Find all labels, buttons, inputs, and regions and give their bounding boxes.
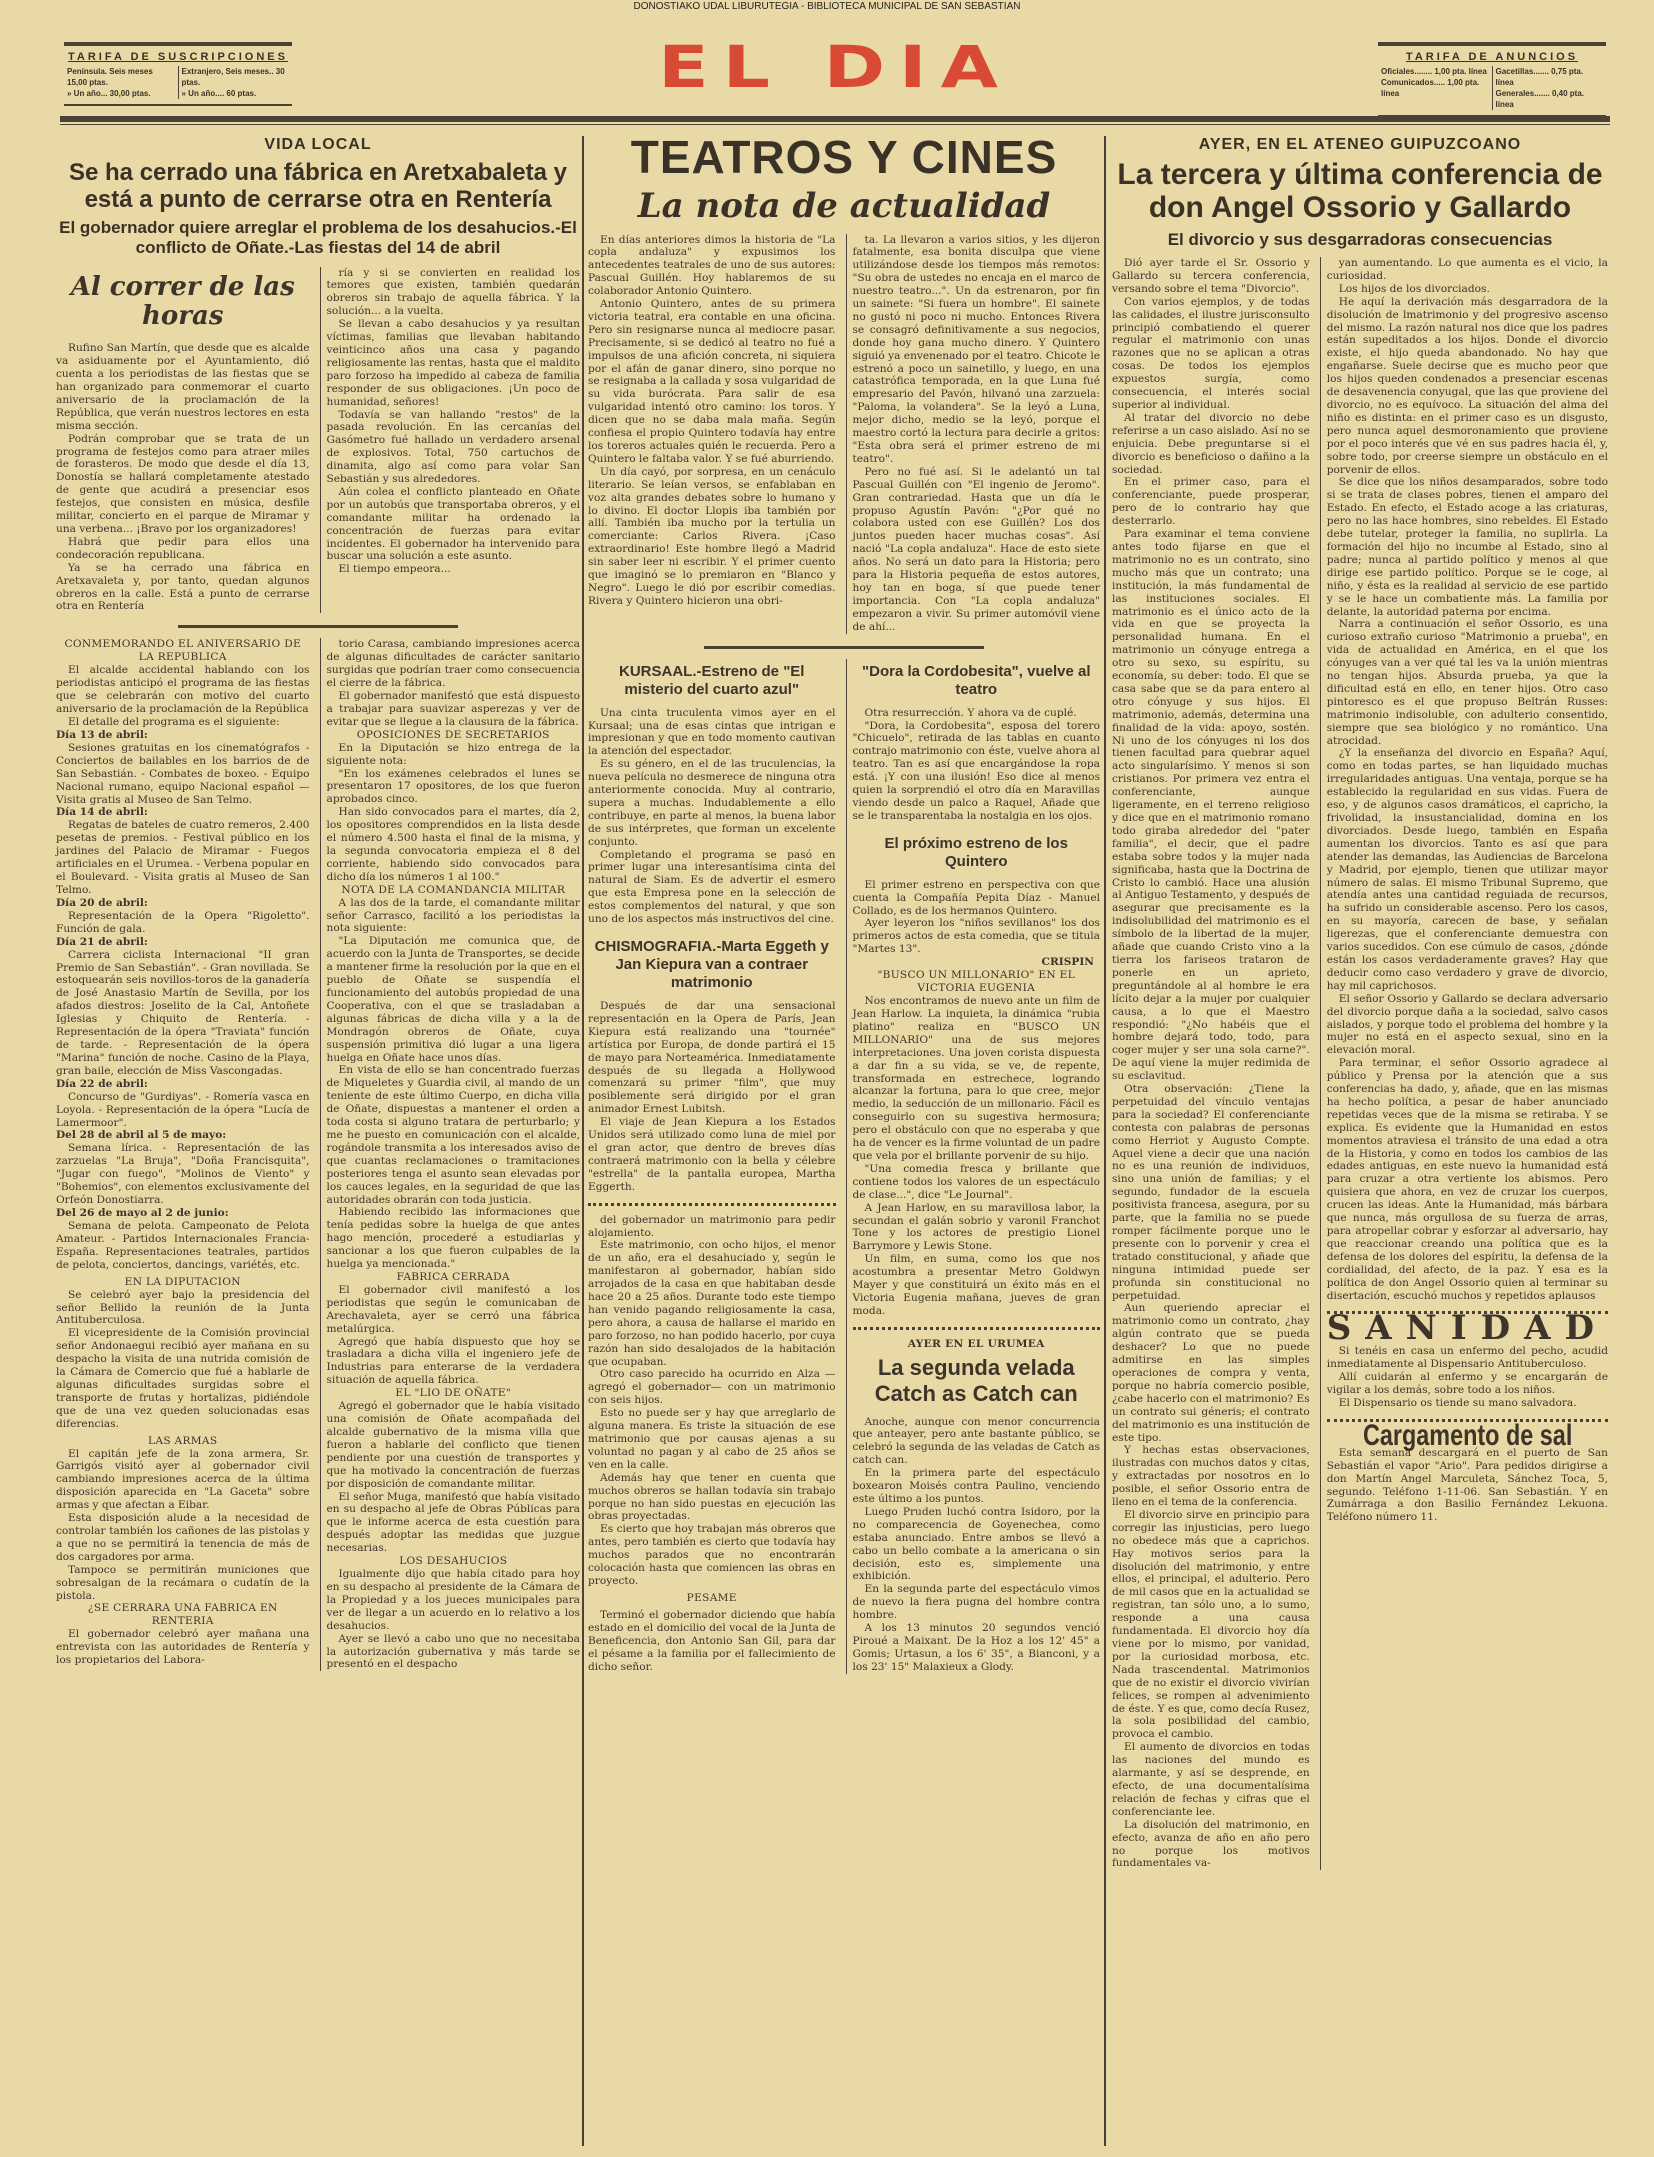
column-title: Al correr de las horas [56, 273, 310, 333]
paragraph: En la Diputación se hizo entrega de la s… [327, 742, 581, 768]
paragraph: Otra observación: ¿Tiene la perpetuidad … [1112, 1083, 1310, 1302]
paragraph: Ya se ha cerrado una fábrica en Aretxava… [56, 562, 310, 614]
paragraph: Es cierto que hoy trabajan más obreros q… [588, 1523, 836, 1588]
article-subtitle: EL "LIO DE OÑATE" [327, 1387, 581, 1400]
article-subtitle: NOTA DE LA COMANDANCIA MILITAR [327, 884, 581, 897]
paragraph: "Dora, la Cordobesita", esposa del torer… [853, 720, 1101, 823]
library-banner: DONOSTIAKO UDAL LIBURUTEGIA - BIBLIOTECA… [0, 1, 1654, 12]
paragraph: Aun queriendo apreciar el matrimonio com… [1112, 1302, 1310, 1444]
paragraph: Para examinar el tema conviene antes tod… [1112, 528, 1310, 1083]
section-kicker: VIDA LOCAL [56, 136, 580, 154]
paragraph: El primer estreno en perspectiva con que… [853, 879, 1101, 918]
article-subtitle: OPOSICIONES DE SECRETARIOS [327, 729, 581, 742]
paragraph: Completando el programa se pasó en prime… [588, 849, 836, 926]
rate-line: Extranjero, Seis meses.. 30 ptas. [182, 66, 290, 88]
day-label: Del 26 de mayo al 2 de junio: [56, 1207, 310, 1220]
rate-line: Gacetillas....... 0,75 pta. línea [1496, 66, 1604, 88]
ad-rates-box: TARIFA DE ANUNCIOS Oficiales........ 1,0… [1378, 42, 1606, 117]
paragraph: Ayer se llevó a cabo uno que no necesita… [327, 1633, 581, 1672]
paragraph: Allí cuidarán al enfermo y se encargarán… [1327, 1371, 1608, 1397]
article-title: CHISMOGRAFIA.-Marta Eggeth y Jan Kiepura… [588, 938, 836, 992]
kursaal-column: KURSAAL.-Estreno de "El misterio del cua… [588, 659, 836, 1674]
headline: La tercera y última conferencia de don A… [1112, 158, 1608, 224]
paragraph: Ayer leyeron los "niños sevillanos" los … [853, 917, 1101, 956]
paragraph: Después de dar una sensacional represent… [588, 1000, 836, 1116]
nota-actualidad-col2: ta. La llevaron a varios sitios, y les d… [846, 234, 1101, 634]
paragraph: El divorcio sirve en principio para corr… [1112, 1509, 1310, 1741]
paragraph: La disolución del matrimonio, en efecto,… [1112, 1819, 1310, 1871]
article-subtitle: ¿SE CERRARA UNA FABRICA EN RENTERIA [56, 1602, 310, 1628]
article-subtitle: LOS DESAHUCIOS [327, 1555, 581, 1568]
paragraph: Podrán comprobar que se trata de un prog… [56, 433, 310, 536]
paragraph: A Jean Harlow, en su maravillosa labor, … [853, 1202, 1101, 1254]
ateneo-section: AYER, EN EL ATENEO GUIPUZCOANO La tercer… [1108, 136, 1608, 1870]
paragraph: El viaje de Jean Kiepura a los Estados U… [588, 1116, 836, 1193]
paragraph: del gobernador un matrimonio para pedir … [588, 1214, 836, 1240]
paragraph: Esta disposición alude a la necesidad de… [56, 1512, 310, 1564]
masthead-rule [60, 124, 1610, 125]
paragraph: Un film, en suma, como los que nos acost… [853, 1253, 1101, 1318]
nota-actualidad-col1: En días anteriores dimos la historia de … [588, 234, 836, 634]
paragraph: ¿Y la enseñanza del divorcio en España? … [1327, 747, 1608, 992]
paragraph: Al tratar del divorcio no debe referirse… [1112, 412, 1310, 477]
sanidad-title: SANIDAD [1327, 1322, 1608, 1335]
paragraph: Regatas de bateles de cuatro remeros, 2.… [56, 819, 310, 896]
article-subtitle: PESAME [588, 1592, 836, 1605]
paragraph: Han sido convocados para el martes, día … [327, 806, 581, 883]
dora-column: "Dora la Cordobesita", vuelve al teatro … [846, 659, 1101, 1674]
vida-local-section: VIDA LOCAL Se ha cerrado una fábrica en … [56, 136, 580, 1671]
article-title: El próximo estreno de los Quintero [853, 835, 1101, 871]
paragraph: Pero no fué así. Si le adelantó un tal P… [853, 466, 1101, 634]
masthead-rule [60, 116, 1610, 122]
subheadline: El gobernador quiere arreglar el problem… [56, 218, 580, 259]
paragraph: ría y si se convierten en realidad los t… [327, 267, 581, 319]
paragraph: Dió ayer tarde el Sr. Ossorio y Gallardo… [1112, 257, 1310, 296]
paragraph: Habiendo recibido las informaciones que … [327, 1206, 581, 1271]
subheadline: El divorcio y sus desgarradoras consecue… [1112, 230, 1608, 249]
paragraph: Agregó el gobernador que le había visita… [327, 1400, 581, 1490]
cargamento-title: Cargamento de sal [1358, 1430, 1577, 1443]
newspaper-logo: EL DIA [620, 34, 1050, 101]
paragraph: En días anteriores dimos la historia de … [588, 234, 836, 299]
rate-line: » Un año.... 60 ptas. [182, 88, 290, 99]
article-title: La segunda velada Catch as Catch can [853, 1355, 1101, 1408]
paragraph: Agregó que había dispuesto que hoy se tr… [327, 1336, 581, 1388]
paragraph: Este matrimonio, con ocho hijos, el meno… [588, 1239, 836, 1368]
subscription-rates-box: TARIFA DE SUSCRIPCIONES Península. Seis … [64, 42, 292, 106]
rate-line: Comunicados..... 1,00 pta. línea [1381, 77, 1489, 99]
article-subtitle: LAS ARMAS [56, 1435, 310, 1448]
rate-line: Generales....... 0,40 pta. línea [1496, 88, 1604, 110]
paragraph: El gobernador civil manifestó a los peri… [327, 1284, 581, 1336]
paragraph: Con varios ejemplos, y de todas las cali… [1112, 296, 1310, 412]
al-correr-column: Al correr de las horas Rufino San Martín… [56, 267, 310, 614]
paragraph: Para terminar, el señor Ossorio agradece… [1327, 1057, 1608, 1302]
divider [704, 646, 984, 649]
paragraph: "En los exámenes celebrados el lunes se … [327, 768, 581, 807]
section-subtitle: La nota de actualidad [588, 186, 1100, 226]
paragraph: Una cinta truculenta vimos ayer en el Ku… [588, 707, 836, 759]
divider [588, 1202, 836, 1206]
article-subtitle: EN LA DIPUTACION [56, 1276, 310, 1289]
ad-rates-title: TARIFA DE ANUNCIOS [1378, 51, 1606, 63]
day-label: Día 20 de abril: [56, 897, 310, 910]
headline: Se ha cerrado una fábrica en Aretxabalet… [56, 160, 580, 214]
paragraph: Terminó el gobernador diciendo que había… [588, 1609, 836, 1674]
paragraph: Narra a continuación el señor Ossorio, e… [1327, 618, 1608, 747]
rate-line: Península. Seis meses 15,00 ptas. [67, 66, 175, 88]
gobierno-civil-article: torio Carasa, cambiando impresiones acer… [320, 638, 581, 1671]
paragraph: El señor Muga, manifestó que había visit… [327, 1491, 581, 1556]
paragraph: Antonio Quintero, antes de su primera vi… [588, 298, 836, 466]
paragraph: Si tenéis en casa un enfermo del pecho, … [1327, 1345, 1608, 1371]
paragraph: Esto no puede ser y hay que arreglarlo d… [588, 1407, 836, 1472]
paragraph: Se celebró ayer bajo la presidencia del … [56, 1289, 310, 1328]
paragraph: A las dos de la tarde, el comandante mil… [327, 897, 581, 936]
paragraph: torio Carasa, cambiando impresiones acer… [327, 638, 581, 690]
paragraph: Tampoco se permitirán municiones que sob… [56, 1564, 310, 1603]
aniversario-article: CONMEMORANDO EL ANIVERSARIO DE LA REPUBL… [56, 638, 310, 1671]
paragraph: Sesiones gratuitas en los cinematógrafos… [56, 742, 310, 807]
day-label: Día 13 de abril: [56, 729, 310, 742]
paragraph: Semana de pelota. Campeonato de Pelota A… [56, 1220, 310, 1272]
paragraph: El gobernador celebró ayer mañana una en… [56, 1628, 310, 1667]
divider [178, 625, 458, 628]
paragraph: Un día cayó, por sorpresa, en un cenácul… [588, 466, 836, 608]
paragraph: Esta semana descargará en el puerto de S… [1327, 1447, 1608, 1524]
paragraph: El alcalde accidental hablando con los p… [56, 664, 310, 716]
paragraph: El vicepresidente de la Comisión provinc… [56, 1327, 310, 1430]
paragraph: Todavía se van hallando "restos" de la p… [327, 409, 581, 486]
article-title: KURSAAL.-Estreno de "El misterio del cua… [588, 663, 836, 699]
paragraph: En la primera parte del espectáculo boxe… [853, 1467, 1101, 1506]
paragraph: Igualmente dijo que había citado para ho… [327, 1568, 581, 1633]
paragraph: Otra resurrección. Y ahora va de cuplé. [853, 707, 1101, 720]
rate-line: » Un año... 30,00 ptas. [67, 88, 175, 99]
rate-line: Oficiales........ 1,00 pta. línea [1381, 66, 1489, 77]
paragraph: Es su género, en el de las truculencias,… [588, 758, 836, 848]
subscription-rates-title: TARIFA DE SUSCRIPCIONES [64, 51, 292, 63]
byline: CRISPIN [853, 956, 1101, 969]
article-title: CONMEMORANDO EL ANIVERSARIO DE LA REPUBL… [56, 638, 310, 664]
article-title: "Dora la Cordobesita", vuelve al teatro [853, 663, 1101, 699]
paragraph: "La Diputación me comunica que, de acuer… [327, 935, 581, 1064]
section-kicker: AYER, EN EL ATENEO GUIPUZCOANO [1112, 136, 1608, 154]
paragraph: Nos encontramos de nuevo ante un film de… [853, 995, 1101, 1163]
paragraph: En la segunda parte del espectáculo vimo… [853, 1583, 1101, 1622]
paragraph: A los 13 minutos 20 segundos venció Piro… [853, 1622, 1101, 1674]
day-label: Día 14 de abril: [56, 806, 310, 819]
paragraph: El gobernador manifestó que está dispues… [327, 690, 581, 729]
paragraph: Semana lírica. - Representación de las z… [56, 1142, 310, 1207]
paragraph: Carrera ciclista Internacional "II gran … [56, 949, 310, 1078]
paragraph: Habrá que pedir para ellos una condecora… [56, 536, 310, 562]
paragraph: El capitán jefe de la zona armera, Sr. G… [56, 1448, 310, 1513]
day-label: Del 28 de abril al 5 de mayo: [56, 1129, 310, 1142]
paragraph: El aumento de divorcios en todas las nac… [1112, 1741, 1310, 1818]
paragraph: Concurso de "Gurdiyas". - Romería vasca … [56, 1091, 310, 1130]
section-title: TEATROS Y CINES [588, 132, 1100, 184]
divider [853, 1326, 1101, 1330]
paragraph: Además hay que tener en cuenta que mucho… [588, 1472, 836, 1524]
paragraph: Los hijos de los divorciados. [1327, 283, 1608, 296]
paragraph: "Una comedia fresca y brillante que cont… [853, 1163, 1101, 1202]
paragraph: En el primer caso, para el conferenciant… [1112, 476, 1310, 528]
article-subtitle: "BUSCO UN MILLONARIO" EN EL VICTORIA EUG… [853, 969, 1101, 995]
conferencia-col1: Dió ayer tarde el Sr. Ossorio y Gallardo… [1112, 257, 1310, 1870]
al-correr-column-cont: ría y si se convierten en realidad los t… [320, 267, 581, 614]
paragraph: Anoche, aunque con menor concurrencia qu… [853, 1416, 1101, 1468]
masthead: TARIFA DE SUSCRIPCIONES Península. Seis … [60, 30, 1610, 130]
paragraph: El tiempo empeora... [327, 563, 581, 576]
paragraph: Representación de la Opera "Rigoletto". … [56, 910, 310, 936]
paragraph: El Dispensario os tiende su mano salvado… [1327, 1397, 1608, 1410]
article-kicker: AYER EN EL URUMEA [853, 1338, 1101, 1351]
paragraph: En vista de ello se han concentrado fuer… [327, 1064, 581, 1206]
teatros-cines-section: TEATROS Y CINES La nota de actualidad En… [582, 136, 1106, 2146]
paragraph: Luego Pruden luchó contra Isidoro, por l… [853, 1506, 1101, 1583]
paragraph: Otro caso parecido ha ocurrido en Alza —… [588, 1368, 836, 1407]
paragraph: El señor Ossorio y Gallardo se declara a… [1327, 993, 1608, 1058]
paragraph: Aún colea el conflicto planteado en Oñat… [327, 486, 581, 563]
paragraph: Se dice que los niños desamparados, sobr… [1327, 476, 1608, 618]
paragraph: Se llevan a cabo desahucios y ya resulta… [327, 318, 581, 408]
paragraph: He aquí la derivación más desgarradora d… [1327, 296, 1608, 477]
day-label: Día 22 de abril: [56, 1078, 310, 1091]
article-subtitle: FABRICA CERRADA [327, 1271, 581, 1284]
day-label: Día 21 de abril: [56, 936, 310, 949]
conferencia-col2: yan aumentando. Lo que aumenta es el vic… [1320, 257, 1608, 1870]
paragraph: El detalle del programa es el siguiente: [56, 716, 310, 729]
paragraph: Rufino San Martín, que desde que es alca… [56, 342, 310, 432]
paragraph: yan aumentando. Lo que aumenta es el vic… [1327, 257, 1608, 283]
paragraph: ta. La llevaron a varios sitios, y les d… [853, 234, 1101, 466]
paragraph: Y hechas estas observaciones, ilustradas… [1112, 1444, 1310, 1509]
